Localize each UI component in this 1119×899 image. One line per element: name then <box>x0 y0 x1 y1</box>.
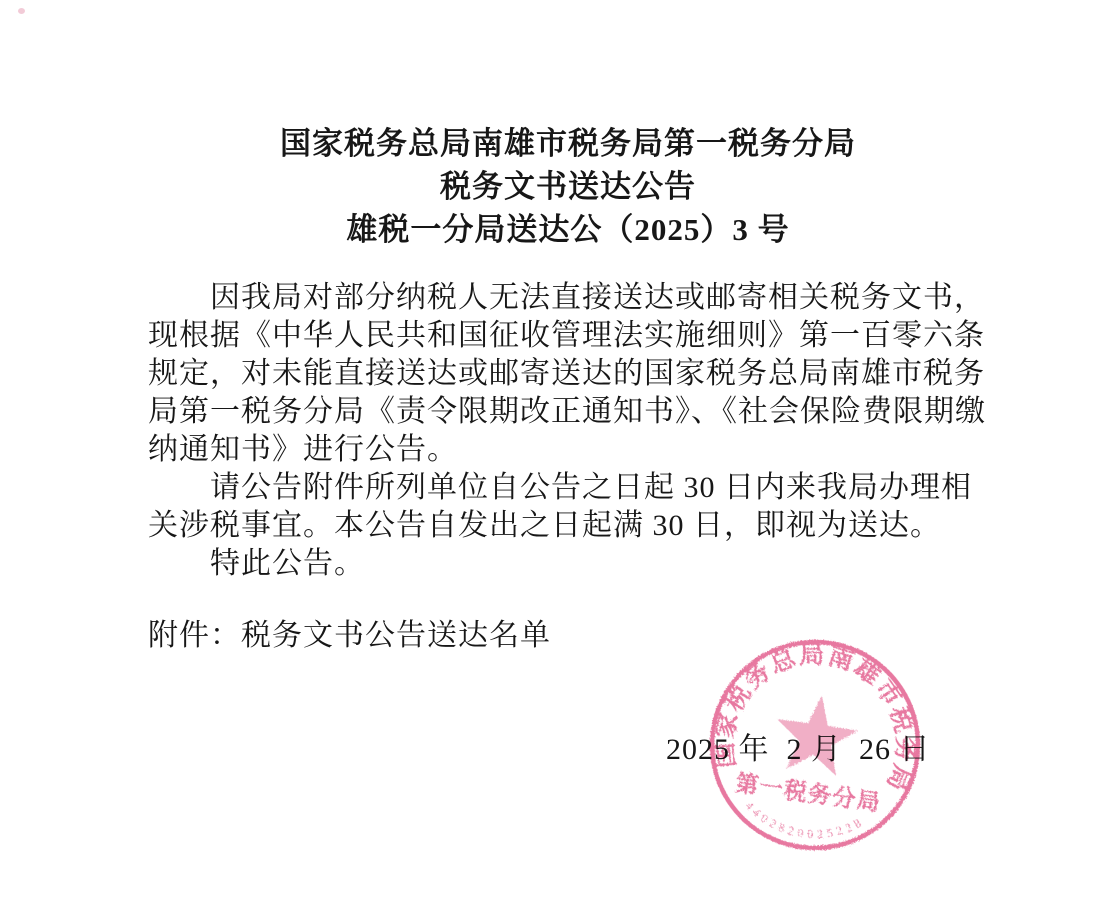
body-line: 纳通知书》进行公告。 <box>148 431 993 469</box>
body-line: 特此公告。 <box>148 545 993 583</box>
attachment-line: 附件：税务文书公告送达名单 <box>148 617 551 655</box>
body-line: 规定，对未能直接送达或邮寄送达的国家税务总局南雄市税务 <box>148 355 993 393</box>
body-line: 现根据《中华人民共和国征收管理法实施细则》第一百零六条 <box>148 317 993 355</box>
body-line: 请公告附件所列单位自公告之日起 30 日内来我局办理相 <box>148 469 993 507</box>
body-line: 因我局对部分纳税人无法直接送达或邮寄相关税务文书， <box>148 279 993 317</box>
scan-artifact-dot <box>18 8 25 14</box>
body-line: 局第一税务分局《责令限期改正通知书》、《社会保险费限期缴 <box>148 393 993 431</box>
seal-ring-text: 国家税务总局南雄市税务局 <box>706 629 931 798</box>
document-title: 国家税务总局南雄市税务局第一税务分局 税务文书送达公告 雄税一分局送达公（202… <box>148 122 988 251</box>
seal-code-text: 4402820025228 <box>739 797 868 848</box>
body-paragraphs: 因我局对部分纳税人无法直接送达或邮寄相关税务文书， 现根据《中华人民共和国征收管… <box>148 279 993 583</box>
body-line: 关涉税事宜。本公告自发出之日起满 30 日，即视为送达。 <box>148 507 993 545</box>
announcement-document-page: 国家税务总局南雄市税务局第一税务分局 税务文书送达公告 雄税一分局送达公（202… <box>0 0 1119 899</box>
title-line-doc-number: 雄税一分局送达公（2025）3 号 <box>148 208 988 251</box>
seal-branch-text: 第一税务分局 <box>734 769 883 815</box>
date-line: 2025 年 2 月 26 日 <box>666 731 931 769</box>
title-line-issuer: 国家税务总局南雄市税务局第一税务分局 <box>148 122 988 165</box>
title-line-doc-type: 税务文书送达公告 <box>148 165 988 208</box>
